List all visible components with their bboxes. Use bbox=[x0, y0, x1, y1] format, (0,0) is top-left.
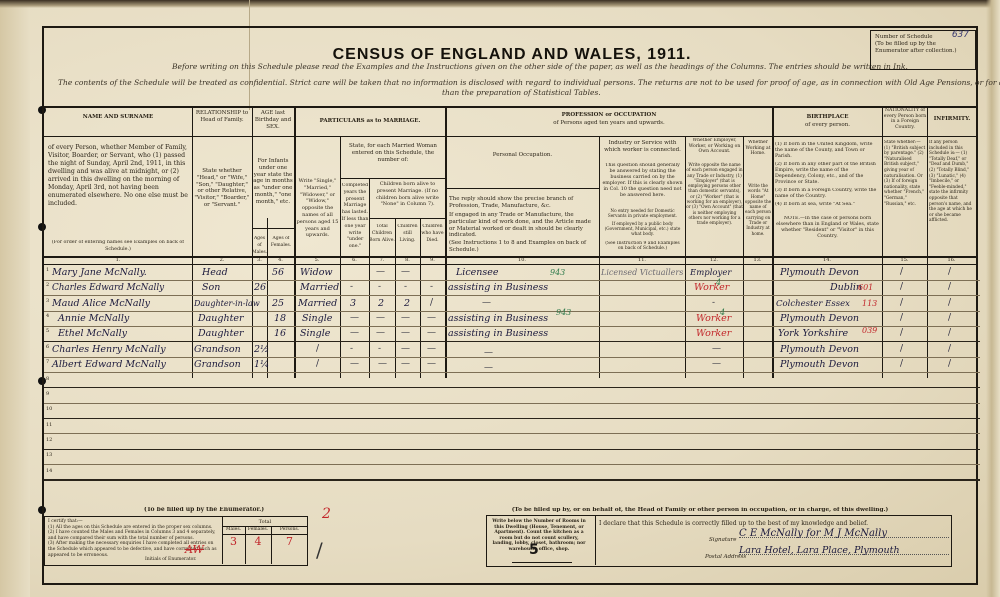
header-occupation-sub: of Persons aged ten years and upwards. bbox=[446, 120, 772, 127]
cell-employer-status: — bbox=[712, 359, 721, 369]
cell-name: Annie McNally bbox=[58, 313, 129, 325]
schedule-number-value: 637 bbox=[952, 32, 969, 39]
instruction-line: Before writing on this Schedule please r… bbox=[172, 62, 908, 71]
header-children-died: Children who have Died. bbox=[420, 224, 445, 244]
cell-condition: / bbox=[316, 344, 319, 354]
cell-employer-code: 4 bbox=[716, 277, 721, 289]
row-rule bbox=[44, 341, 980, 342]
table-row: 6 Charles Henry McNally Grandson 2½ / - … bbox=[44, 344, 980, 356]
schedule-number-label: Number of Schedule bbox=[875, 34, 933, 40]
cell-children-died: — bbox=[427, 328, 436, 338]
row-number: 11 bbox=[46, 422, 52, 428]
cell-relationship: Head bbox=[202, 267, 228, 279]
row-number: 1 bbox=[46, 267, 49, 273]
header-infirmity-body: If any person included in this Schedule … bbox=[929, 140, 975, 224]
cell-children-living: — bbox=[401, 359, 410, 369]
cell-children-total: — bbox=[378, 359, 387, 369]
cell-name: Charles Henry McNally bbox=[52, 344, 166, 356]
header-employer-body: Write opposite the name of each person e… bbox=[686, 162, 743, 226]
schedule-number-box: Number of Schedule (To be filled up by t… bbox=[870, 30, 976, 70]
census-page: CENSUS OF ENGLAND AND WALES, 1911. Befor… bbox=[0, 0, 1000, 597]
cell-children-died: — bbox=[427, 344, 436, 354]
cell-birthplace-code: 039 bbox=[862, 325, 877, 337]
cell-employer-status: Worker bbox=[694, 282, 729, 294]
col-number: 5. bbox=[294, 257, 340, 263]
confidentiality-notice: The contents of the Schedule will be tre… bbox=[58, 78, 1000, 87]
header-name: NAME AND SURNAME bbox=[44, 114, 192, 121]
col-number: 15. bbox=[882, 257, 927, 263]
header-birthplace-body3: (3) If born in a Foreign Country, write … bbox=[775, 188, 880, 200]
cell-age-male: 26 bbox=[254, 282, 266, 294]
cell-children-total: — bbox=[376, 267, 385, 277]
table-row: 5 Ethel McNally Daughter 16 Single — — —… bbox=[44, 328, 980, 340]
cell-condition: / bbox=[316, 359, 319, 369]
header-nationality-body: State whether:— (1) "British subject by … bbox=[884, 140, 926, 207]
row-rule bbox=[44, 372, 980, 373]
cell-age-female: 56 bbox=[272, 267, 284, 279]
total-females: 4 bbox=[245, 539, 271, 545]
cell-age-male: 2½ bbox=[254, 344, 269, 356]
cell-marriage-years: - bbox=[350, 344, 353, 354]
header-industry-note2: If employed by a public body (Government… bbox=[602, 221, 683, 237]
col-number: 1. bbox=[44, 257, 192, 263]
table-row: 4 Annie McNally Daughter 18 Single — — —… bbox=[44, 313, 980, 325]
cell-age-female: 16 bbox=[274, 328, 286, 340]
cell-employer-status: — bbox=[712, 344, 721, 354]
total-persons: 7 bbox=[271, 539, 308, 545]
header-birthplace-sub: of every person. bbox=[773, 122, 882, 129]
cell-children-living: - bbox=[404, 282, 407, 292]
row-rule bbox=[44, 387, 980, 388]
cell-nationality: / bbox=[900, 328, 903, 338]
row-number: 2 bbox=[46, 282, 49, 288]
cell-nationality: / bbox=[900, 344, 903, 354]
cell-birthplace-code: 113 bbox=[862, 298, 877, 310]
cell-nationality: / bbox=[900, 359, 903, 369]
total-label: Total bbox=[222, 519, 308, 525]
row-number: 10 bbox=[46, 406, 52, 412]
cell-occupation: assisting in Business bbox=[448, 313, 548, 325]
cell-condition: Married bbox=[298, 298, 337, 310]
cell-marriage-years: — bbox=[350, 328, 359, 338]
cell-occupation: assisting in Business bbox=[448, 328, 548, 340]
schedule-frame: CENSUS OF ENGLAND AND WALES, 1911. Befor… bbox=[42, 26, 978, 585]
page-left-margin bbox=[0, 0, 30, 597]
cell-condition: Married bbox=[300, 282, 339, 294]
cell-children-died: / bbox=[430, 298, 433, 308]
cell-employer-status: Employer bbox=[690, 267, 731, 279]
header-birthplace-body4: (4) If born at sea, write "At Sea." bbox=[775, 202, 880, 208]
cell-occupation: — bbox=[484, 348, 493, 358]
cell-age-female: 25 bbox=[272, 298, 284, 310]
check-mark-icon: / bbox=[316, 538, 323, 562]
header-industry-body: This question should generally be answer… bbox=[602, 163, 683, 199]
cell-birthplace: Plymouth Devon bbox=[780, 267, 859, 279]
cell-infirmity: / bbox=[948, 298, 951, 308]
row-number: 6 bbox=[46, 344, 49, 350]
cell-children-living: 2 bbox=[404, 298, 410, 310]
header-birthplace-note: NOTE.—In the case of persons born elsewh… bbox=[775, 216, 880, 240]
declaration-text: I declare that this Schedule is correctl… bbox=[599, 521, 868, 527]
column-number-rule bbox=[44, 264, 976, 265]
confidentiality-notice-cont: than the preparation of Statistical Tabl… bbox=[442, 88, 601, 97]
sub-rule bbox=[340, 178, 445, 179]
cell-occupation-code: 943 bbox=[550, 267, 565, 279]
table-row: 7 Albert Edward McNally Grandson 1¼ / — … bbox=[44, 359, 980, 371]
row-number: 7 bbox=[46, 359, 49, 365]
cell-occupation: — bbox=[482, 298, 491, 308]
cell-occupation: — bbox=[484, 363, 493, 373]
header-relationship-body: State whether "Head," or "Wife," "Son," … bbox=[194, 168, 250, 209]
cell-birthplace: Colchester Essex bbox=[776, 298, 850, 310]
header-personal-occupation: Personal Occupation. bbox=[446, 152, 599, 159]
row-number: 3 bbox=[46, 298, 49, 304]
header-occupation: PROFESSION or OCCUPATION bbox=[446, 112, 772, 119]
cell-children-died: — bbox=[427, 359, 436, 369]
cell-employer-status: Worker bbox=[696, 313, 731, 325]
cell-occupation: Licensee bbox=[456, 267, 499, 279]
row-number: 9 bbox=[46, 391, 49, 397]
page-right-edge bbox=[986, 0, 1000, 597]
row-rule bbox=[44, 449, 980, 450]
cell-condition: Single bbox=[302, 313, 332, 325]
row-number: 5 bbox=[46, 328, 49, 334]
header-marriage: PARTICULARS as to MARRIAGE. bbox=[295, 118, 445, 125]
table-row: 1 Mary Jane McNally. Head 56 Widow — — L… bbox=[44, 267, 980, 279]
header-relationship: RELATIONSHIP to Head of Family. bbox=[193, 110, 251, 124]
cell-birthplace: Plymouth Devon bbox=[780, 313, 859, 325]
row-number: 14 bbox=[46, 468, 52, 474]
row-rule bbox=[44, 479, 980, 481]
header-home: Whether Working at Home. bbox=[744, 140, 772, 157]
cell-age-male: 1¼ bbox=[254, 359, 269, 371]
rooms-count: 5 bbox=[529, 547, 539, 553]
header-birthplace: BIRTHPLACE bbox=[773, 114, 882, 121]
signature-label: Signature bbox=[709, 537, 737, 543]
cell-children-total: 2 bbox=[378, 298, 384, 310]
header-employer: Whether Employer, Worker, or Working on … bbox=[686, 138, 743, 155]
header-home-body: Write the words "At Home" opposite the n… bbox=[744, 183, 772, 236]
cell-employer-status: Worker bbox=[696, 328, 731, 340]
cell-children-living: — bbox=[401, 328, 410, 338]
header-marriage-years: Completed years the present Marriage has… bbox=[341, 183, 369, 251]
table-row: 3 Maud Alice McNally Daughter-in-law 25 … bbox=[44, 298, 980, 310]
col-number: 2. bbox=[192, 257, 252, 263]
col-number: 13. bbox=[743, 257, 772, 263]
persons-label: Persons. bbox=[271, 527, 308, 533]
header-personal-body2: If engaged in any Trade or Manufacture, … bbox=[449, 212, 596, 239]
table-row: 2 Charles Edward McNally Son 26 Married … bbox=[44, 282, 980, 294]
cell-condition: Widow bbox=[300, 267, 333, 279]
cell-relationship: Son bbox=[202, 282, 220, 294]
row-rule bbox=[44, 326, 980, 327]
header-nationality: NATIONALITY of every Person born in a Fo… bbox=[883, 108, 927, 130]
cell-children-total: — bbox=[376, 328, 385, 338]
cell-employer-status: - bbox=[712, 298, 715, 308]
row-rule bbox=[44, 418, 980, 419]
sub-rule bbox=[369, 218, 445, 219]
total-males: 3 bbox=[222, 539, 245, 545]
cell-infirmity: / bbox=[948, 313, 951, 323]
head-section-box: Write below the Number of Rooms in this … bbox=[486, 515, 952, 567]
cell-birthplace-code: 601 bbox=[858, 282, 873, 294]
header-age-females: Ages of Females. bbox=[268, 236, 294, 250]
cell-occupation-code: 943 bbox=[556, 307, 571, 319]
cell-nationality: / bbox=[900, 313, 903, 323]
header-name-note: (For order of entering names see Example… bbox=[48, 240, 188, 254]
initials-label: Initials of Enumerator. bbox=[145, 557, 196, 563]
col-number: 14. bbox=[772, 257, 882, 263]
cell-infirmity: / bbox=[948, 344, 951, 354]
cell-children-living: — bbox=[401, 267, 410, 277]
header-condition: Write "Single," "Married," "Widower," or… bbox=[295, 178, 340, 239]
cell-infirmity: / bbox=[948, 328, 951, 338]
cell-nationality: / bbox=[900, 282, 903, 292]
certify-item-2: (2) I have counted the Males and Females… bbox=[48, 530, 216, 541]
cell-infirmity: / bbox=[948, 282, 951, 292]
sub-rule bbox=[445, 188, 599, 189]
header-personal-body1: The reply should show the precise branch… bbox=[449, 196, 596, 210]
head-section-heading: (To be filled up by, or on behalf of, th… bbox=[450, 507, 950, 514]
cell-relationship: Daughter bbox=[198, 313, 244, 325]
cell-relationship: Daughter-in-law bbox=[194, 298, 260, 310]
row-rule bbox=[44, 311, 980, 312]
cell-children-total: - bbox=[378, 344, 381, 354]
row-number: 8 bbox=[46, 376, 49, 382]
cell-nationality: / bbox=[900, 298, 903, 308]
header-children: Children born alive to present Marriage.… bbox=[370, 181, 445, 208]
cell-name: Mary Jane McNally. bbox=[52, 267, 147, 279]
enumerator-margin-mark: 2 bbox=[322, 506, 331, 522]
cell-marriage-years: — bbox=[350, 359, 359, 369]
cell-condition: Single bbox=[300, 328, 330, 340]
header-age-body: For Infants under one year state the age… bbox=[253, 158, 293, 206]
col-number: 11. bbox=[599, 257, 685, 263]
enumerator-box: I certify that:— (1) All the ages on thi… bbox=[44, 516, 308, 566]
row-rule bbox=[44, 295, 980, 296]
certify-item-1: (1) All the ages on this Schedule are en… bbox=[48, 525, 212, 530]
row-rule bbox=[44, 403, 980, 404]
header-industry: Industry or Service with which worker is… bbox=[600, 140, 685, 154]
header-industry-note1: No entry needed for Domestic Servants in… bbox=[602, 208, 683, 218]
males-label: Males. bbox=[222, 527, 245, 533]
cell-children-died: — bbox=[427, 313, 436, 323]
cell-birthplace: Plymouth Devon bbox=[780, 359, 859, 371]
enumerator-initials: AW bbox=[185, 547, 204, 553]
cell-employer-code: 4 bbox=[720, 307, 725, 319]
header-infirmity: INFIRMITY. bbox=[928, 116, 976, 123]
rooms-instruction: Write below the Number of Rooms in this … bbox=[489, 519, 589, 553]
cell-marriage-years: — bbox=[350, 313, 359, 323]
cell-name: Albert Edward McNally bbox=[52, 359, 166, 371]
col-number: 7. bbox=[369, 257, 395, 263]
cell-children-living: — bbox=[401, 344, 410, 354]
cell-marriage-years: 3 bbox=[350, 298, 356, 310]
cell-infirmity: / bbox=[948, 359, 951, 369]
cell-nationality: / bbox=[900, 267, 903, 277]
row-rule bbox=[44, 433, 980, 434]
page-top-edge bbox=[0, 0, 1000, 8]
cell-children-total: — bbox=[376, 313, 385, 323]
females-label: Females. bbox=[245, 527, 271, 533]
col-number: 8. bbox=[395, 257, 420, 263]
cell-name: Ethel McNally bbox=[58, 328, 127, 340]
row-rule bbox=[44, 357, 980, 358]
signature: C E McNally for M J McNally bbox=[739, 531, 949, 538]
sub-rule bbox=[252, 228, 294, 229]
certify-intro: I certify that:— bbox=[48, 519, 83, 524]
row-number: 4 bbox=[46, 313, 49, 319]
header-children-total: Total Children Born Alive. bbox=[369, 224, 395, 244]
row-number: 13 bbox=[46, 452, 52, 458]
cell-relationship: Daughter bbox=[198, 328, 244, 340]
row-number: 12 bbox=[46, 437, 52, 443]
header-birthplace-body2: (2) If born in any other part of the Bri… bbox=[775, 162, 880, 186]
header-birthplace-body1: (1) If born in the United Kingdom, write… bbox=[775, 142, 880, 160]
cell-marriage-years: - bbox=[350, 282, 353, 292]
header-top-rule bbox=[44, 106, 976, 108]
cell-children-died: - bbox=[430, 282, 433, 292]
header-age: AGE last Birthday and SEX. bbox=[253, 110, 293, 130]
col-number: 10. bbox=[445, 257, 599, 263]
header-married-woman: State, for each Married Woman entered on… bbox=[341, 143, 445, 163]
cell-industry: Licensed Victuallers bbox=[601, 267, 683, 279]
header-industry-note3: (See Instruction 9 and Examples on back … bbox=[602, 241, 683, 252]
col-number: 3. bbox=[252, 257, 267, 263]
row-rule bbox=[44, 280, 980, 281]
cell-birthplace: York Yorkshire bbox=[778, 328, 848, 340]
header-children-living: Children still Living. bbox=[395, 224, 420, 244]
header-name-body: of every Person, whether Member of Famil… bbox=[48, 144, 188, 208]
cell-name: Maud Alice McNally bbox=[52, 298, 150, 310]
cell-children-living: — bbox=[401, 313, 410, 323]
cell-occupation: assisting in Business bbox=[448, 282, 548, 294]
cell-relationship: Grandson bbox=[194, 359, 241, 371]
col-number: 6. bbox=[340, 257, 369, 263]
col-number: 4. bbox=[267, 257, 294, 263]
cell-name: Charles Edward McNally bbox=[52, 282, 164, 294]
schedule-number-note: (To be filled up by the Enumerator after… bbox=[875, 41, 957, 54]
cell-birthplace: Plymouth Devon bbox=[780, 344, 859, 356]
cell-infirmity: / bbox=[948, 267, 951, 277]
col-number: 9. bbox=[420, 257, 445, 263]
header-age-males: Ages of Males. bbox=[252, 236, 267, 256]
cell-relationship: Grandson bbox=[194, 344, 241, 356]
row-rule bbox=[44, 464, 980, 465]
header-title-rule bbox=[44, 136, 976, 137]
cell-age-female: 18 bbox=[274, 313, 286, 325]
postal-address: Lara Hotel, Lara Place, Plymouth bbox=[739, 548, 949, 555]
header-personal-note: (See Instructions 1 to 8 and Examples on… bbox=[449, 240, 596, 254]
cell-children-total: - bbox=[378, 282, 381, 292]
col-number: 16. bbox=[927, 257, 976, 263]
enumerator-heading: (To be filled up by the Enumerator.) bbox=[104, 507, 304, 514]
col-number: 12. bbox=[685, 257, 743, 263]
